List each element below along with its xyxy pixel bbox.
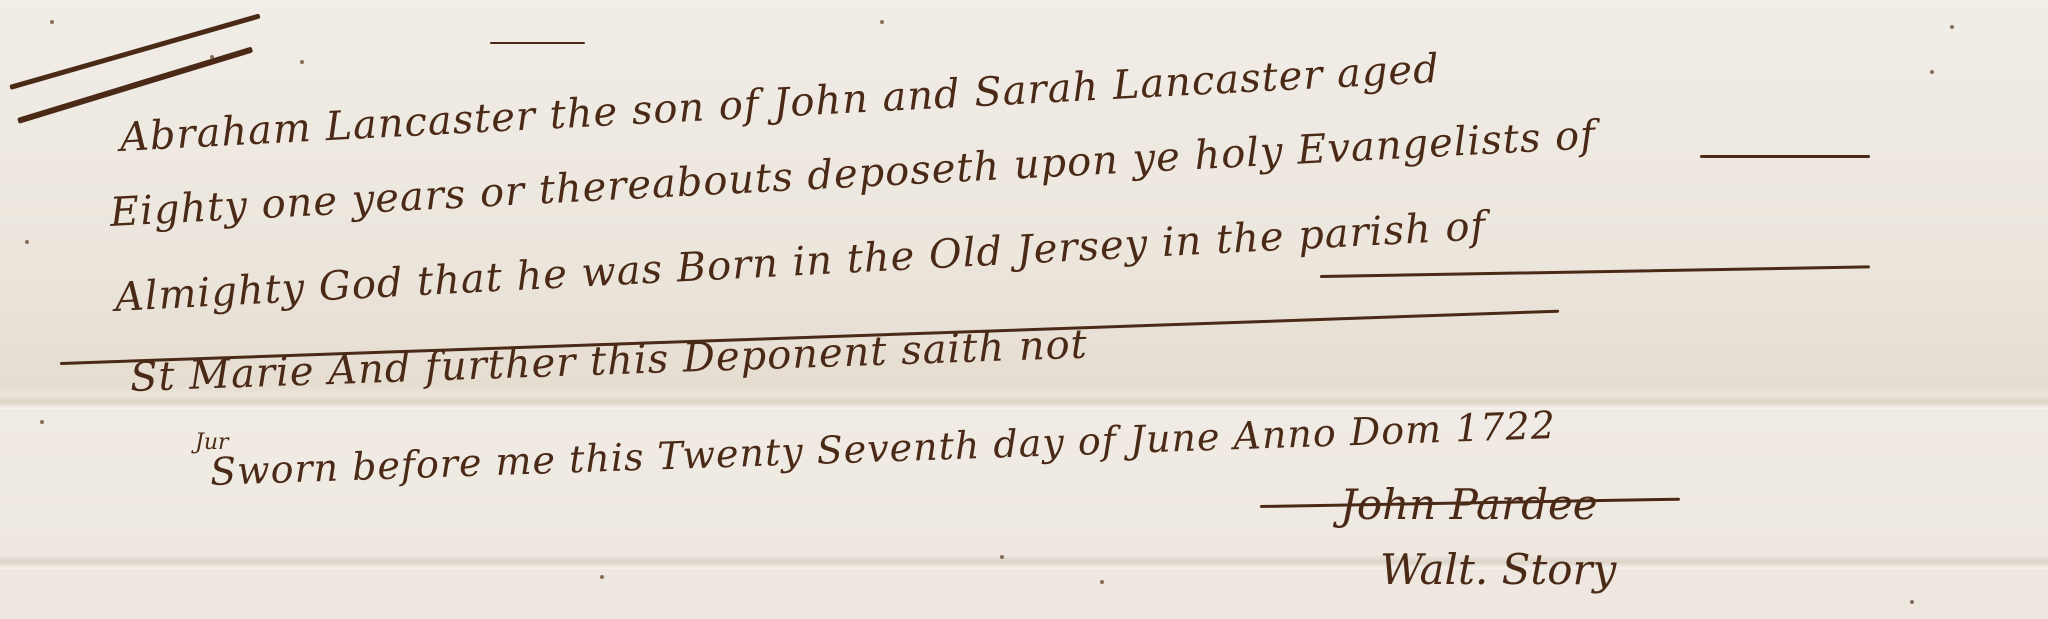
document-line-4: St Marie And further this Deponent saith…	[129, 322, 1088, 401]
ink-speck	[1930, 70, 1934, 74]
ink-speck	[300, 60, 304, 64]
ink-speck	[600, 575, 604, 579]
ink-speck	[1910, 600, 1914, 604]
paper-fold	[0, 395, 2048, 409]
ink-speck	[210, 55, 214, 59]
decorative-stroke	[9, 13, 260, 89]
jurat-mark: Jur	[195, 430, 229, 455]
ink-speck	[1000, 555, 1004, 559]
ink-speck	[25, 240, 29, 244]
line-end-rule	[1320, 265, 1870, 278]
ink-speck	[1100, 580, 1104, 584]
paper-fold	[0, 555, 2048, 569]
document-page: Abraham Lancaster the son of John and Sa…	[0, 0, 2048, 619]
ink-speck	[40, 420, 44, 424]
decorative-stroke	[490, 42, 585, 44]
signature-2: Walt. Story	[1380, 545, 1616, 594]
ink-speck	[1950, 25, 1954, 29]
line-end-rule	[1700, 155, 1870, 158]
ink-speck	[880, 20, 884, 24]
ink-speck	[50, 20, 54, 24]
